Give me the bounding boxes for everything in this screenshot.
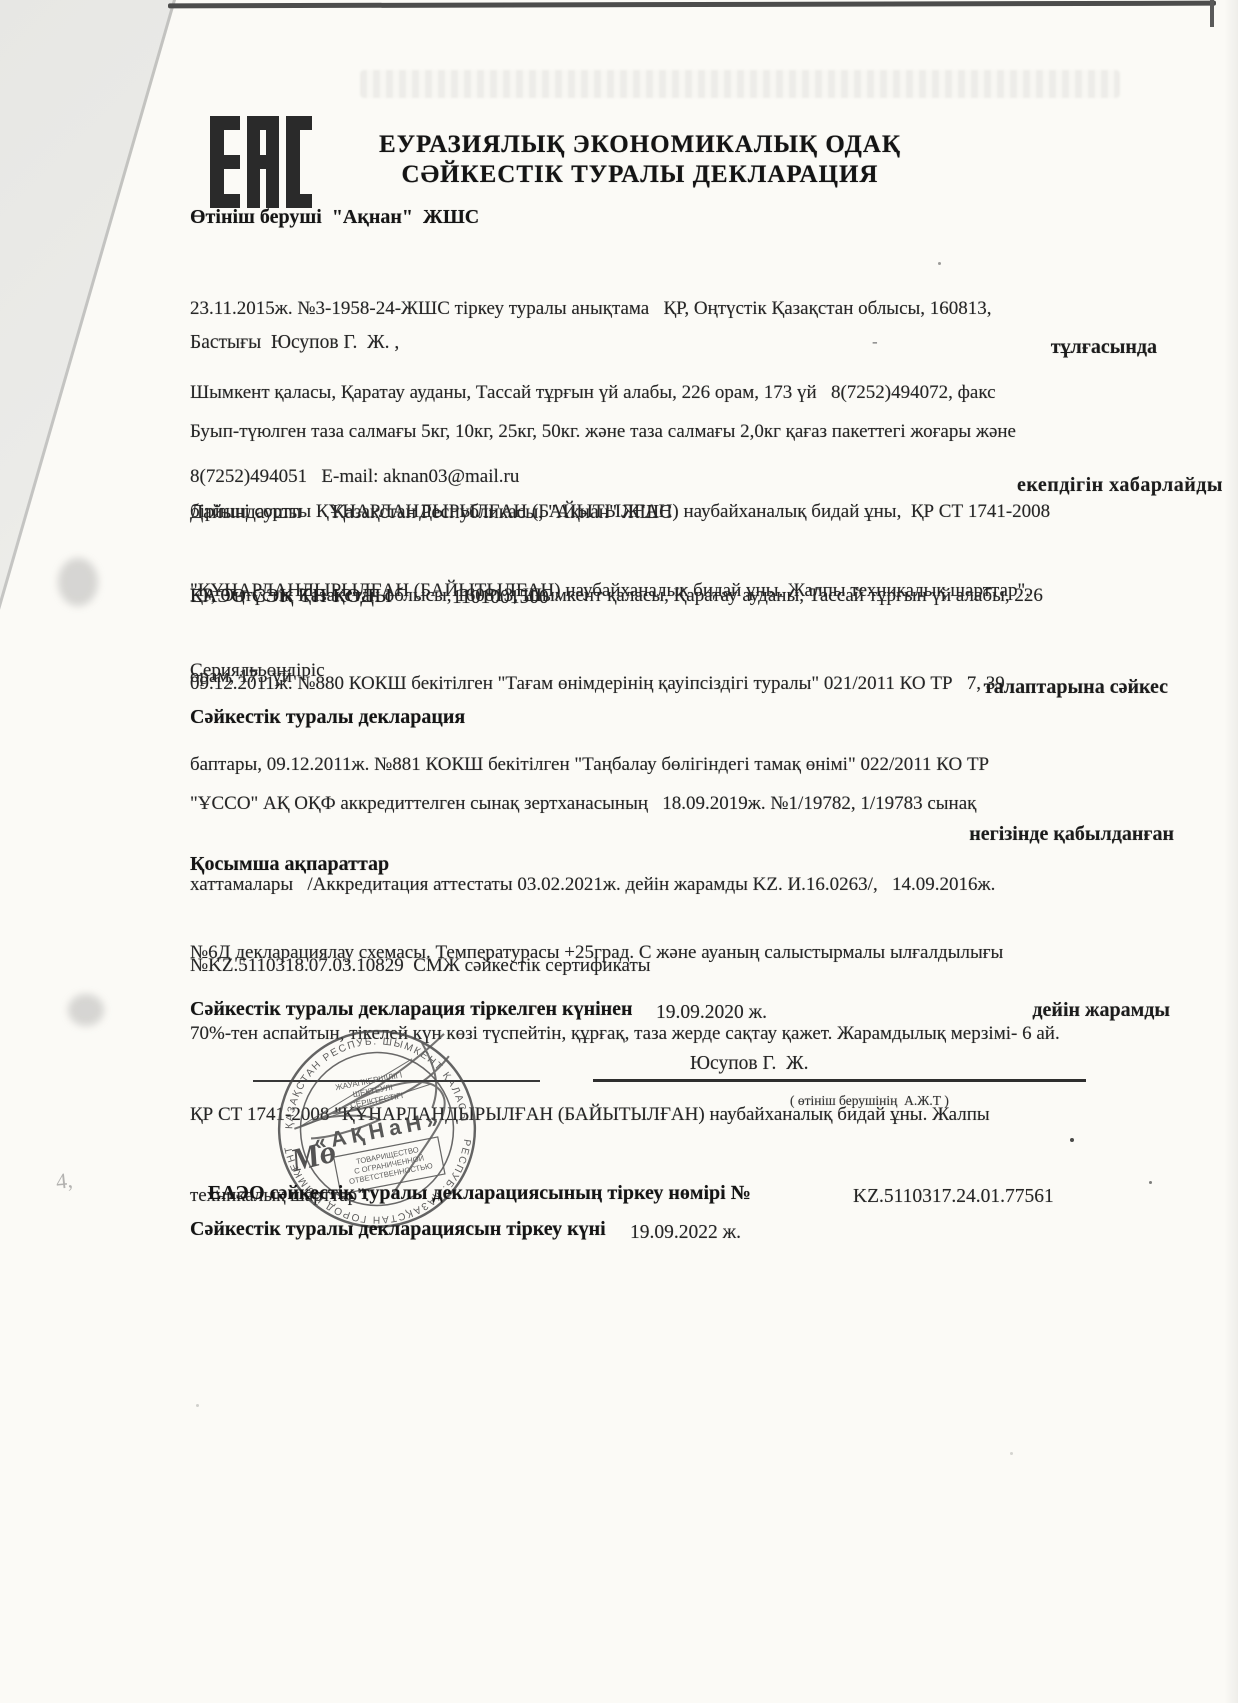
signatory-name: Юсупов Г. Ж. [690,1050,809,1077]
company-stamp: ҚАЗАҚСТАН РЕСПУБ. ШЫМКЕНТ ҚАЛАСЫ РЕСПУБ.… [268,1020,485,1237]
customs-code-label: ЕАЭО СЭҚ ТН КОДЫ [190,583,393,610]
customs-code-value: 1101001500 [452,584,549,611]
stamp-graphic: ҚАЗАҚСТАН РЕСПУБ. ШЫМКЕНТ ҚАЛАСЫ РЕСПУБ.… [268,1020,485,1237]
ink-speck [196,1404,199,1407]
registration-date-value: 19.09.2022 ж. [630,1219,741,1246]
validity-date: 19.09.2020 ж. [656,999,767,1026]
right-note-adopted: негізінде қабылданған [969,823,1174,846]
registration-number-value: KZ.5110317.24.01.77561 [853,1183,1054,1210]
scan-top-edge-line [168,1,1216,9]
text-line: 23.11.2015ж. №3-1958-24-ЖШС тіркеу турал… [190,295,1150,323]
ink-speck [1010,1452,1013,1455]
stamp-handwritten-mark: Мө [286,1134,340,1180]
scanned-declaration-document: 4, - ЕУРАЗИЯЛЫҚ ЭКОНОМИКАЛЫ [0,0,1238,1703]
text-line: Буып-түюлген таза салмағы 5кг, 10кг, 25к… [190,419,1170,446]
manufacturer-name: Қазақстан Республикасы, "Ақнан" ЖШС [332,499,672,526]
text-line: №6Д декларациялау схемасы. Температурасы… [190,939,1190,966]
scanner-corner-background [0,0,200,640]
signature-line-right [593,1079,1086,1082]
registration-date-label: Сәйкестік туралы декларациясын тіркеу кү… [190,1218,606,1241]
title-line-2: СӘЙКЕСТІК ТУРАЛЫ ДЕКЛАРАЦИЯ [220,160,1060,190]
right-note-valid-until: дейін жарамды [1032,999,1170,1022]
additional-info-heading: Қосымша ақпараттар [190,853,389,876]
page-right-shading [1224,0,1238,1703]
applicant-head-name: Бастығы Юсупов Г. Ж. , [190,329,399,356]
scan-noise-band [360,70,1120,98]
text-line: "ҰССО" АҚ ОҚФ аккредиттелген сынақ зертх… [190,790,1180,817]
scan-edge-notch [1210,0,1214,27]
right-note-person: тұлғасында [1051,336,1157,359]
applicant-heading: Өтініш беруші "Ақнан" ЖШС [190,206,479,229]
document-title: ЕУРАЗИЯЛЫҚ ЭКОНОМИКАЛЫҚ ОДАҚ СӘЙКЕСТІК Т… [220,130,1060,190]
scan-smudge [68,994,104,1026]
registration-number-label: ЕАЭО сәйкестік туралы декларациясының ті… [208,1182,751,1205]
right-note-complies: талаптарына сәйкес [984,676,1168,699]
right-note-declares: екепдігін хабарлайды [1017,474,1223,497]
validity-label: Сәйкестік туралы декларация тіркелген кү… [190,998,633,1021]
basis-heading: Сәйкестік туралы декларация [190,706,465,729]
scan-smudge [58,558,98,606]
manufacturer-label: Дайындаушы [190,499,301,526]
signature-caption: ( өтініш берушінің А.Ж.Т ) [790,1087,949,1114]
title-line-1: ЕУРАЗИЯЛЫҚ ЭКОНОМИКАЛЫҚ ОДАҚ [220,130,1060,160]
margin-pencil-mark: 4, [55,1167,74,1195]
